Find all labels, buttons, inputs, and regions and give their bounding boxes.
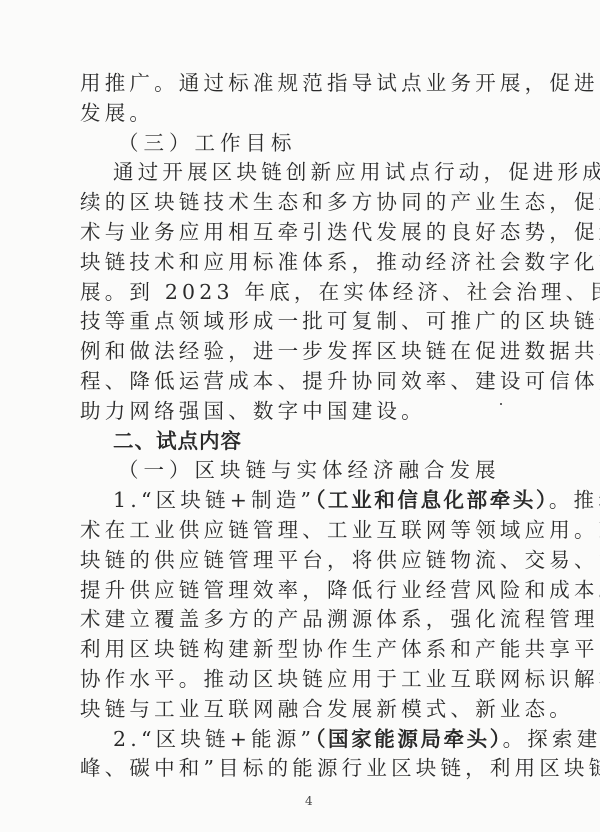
paragraph-line: 峰、碳中和”目标的能源行业区块链，利用区块链促进源网荷储: [80, 754, 540, 784]
paragraph-line: 术建立覆盖多方的产品溯源体系，强化流程管理，提升产品质量。: [80, 605, 540, 635]
subsection-heading-real-economy: （一）区块链与实体经济融合发展: [80, 456, 540, 486]
item-line-manufacturing: 1.“区块链+制造”（工业和信息化部牵头）。推动区块链技: [80, 486, 540, 516]
item-prefix: 2.“区块链+能源”: [113, 727, 315, 751]
paragraph-line: 通过开展区块链创新应用试点行动，促进形成开放友好可持: [80, 158, 540, 188]
paragraph-line: 协作水平。推动区块链应用于工业互联网标识解析体系，探索区: [80, 665, 540, 695]
item-prefix: 1.“区块链+制造”: [113, 488, 315, 512]
page-number: 4: [305, 794, 313, 808]
scan-artifact-dot: [500, 403, 502, 405]
document-body: 用推广。通过标准规范指导试点业务开展，促进区块链安全有序 发展。 （三）工作目标…: [80, 69, 540, 784]
paragraph-line: 助力网络强国、数字中国建设。: [80, 397, 540, 427]
lead-department-bold: （国家能源局牵头）: [315, 727, 502, 751]
paragraph-line: 利用区块链构建新型协作生产体系和产能共享平台，提升供应链: [80, 635, 540, 665]
paragraph-line: 发展。: [80, 99, 540, 129]
lead-department-bold: （工业和信息化部牵头）: [315, 488, 549, 512]
paragraph-line: 用推广。通过标准规范指导试点业务开展，促进区块链安全有序: [80, 69, 540, 99]
section-heading-work-goals: （三）工作目标: [80, 129, 540, 159]
item-suffix: 。推动区块链技: [549, 488, 600, 512]
document-page: 用推广。通过标准规范指导试点业务开展，促进区块链安全有序 发展。 （三）工作目标…: [0, 0, 600, 832]
paragraph-line: 块链的供应链管理平台，将供应链物流、交易、资金等信息融合，: [80, 546, 540, 576]
paragraph-line: 术与业务应用相互牵引迭代发展的良好态势，促进形成完善的区: [80, 218, 540, 248]
paragraph-line: 提升供应链管理效率，降低行业经营风险和成本。利用区块链技: [80, 576, 540, 606]
paragraph-line: 程、降低运营成本、提升协同效率、建设可信体系等方面的作用，: [80, 367, 540, 397]
paragraph-line: 技等重点领域形成一批可复制、可推广的区块链创新应用典型案: [80, 307, 540, 337]
paragraph-line: 展。到 2023 年底，在实体经济、社会治理、民生服务、金融科: [80, 278, 540, 308]
paragraph-line: 块链与工业互联网融合发展新模式、新业态。: [80, 695, 540, 725]
paragraph-line: 块链技术和应用标准体系，推动经济社会数字化转型和高质量发: [80, 248, 540, 278]
paragraph-line: 例和做法经验，进一步发挥区块链在促进数据共享、优化业务流: [80, 337, 540, 367]
item-line-energy: 2.“区块链+能源”（国家能源局牵头）。探索建设服务“碳达: [80, 725, 540, 755]
paragraph-line: 续的区块链技术生态和多方协同的产业生态，促进形成区块链技: [80, 188, 540, 218]
item-suffix: 。探索建设服务“碳达: [503, 727, 600, 751]
paragraph-line: 术在工业供应链管理、工业互联网等领域应用。鼓励建设基于区: [80, 516, 540, 546]
section-heading-pilot-content: 二、试点内容: [80, 427, 540, 457]
